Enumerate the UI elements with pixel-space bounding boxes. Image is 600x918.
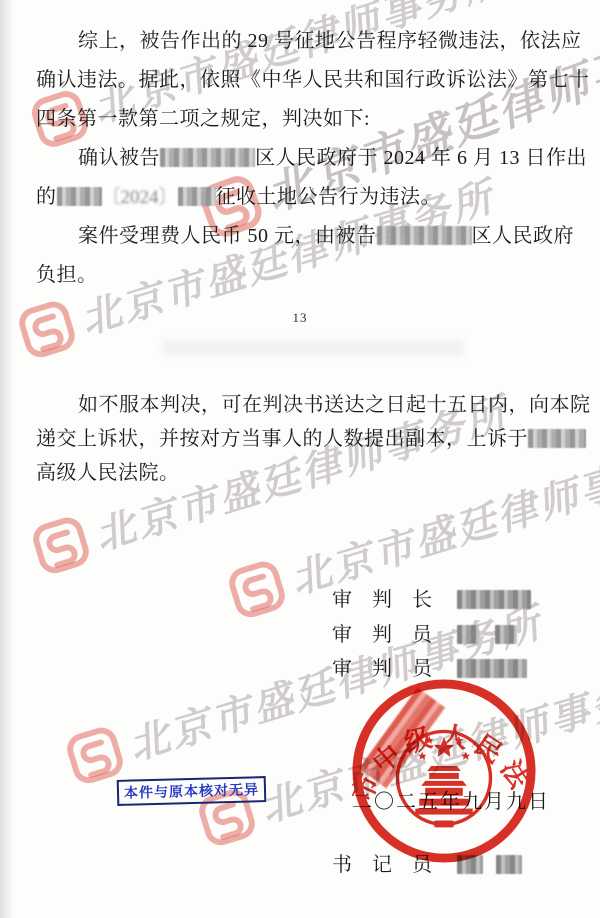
scanned-judgment-page: { "doc": { "body": { "para1": { "l1": "综…: [0, 0, 600, 918]
ruling-text: 确认被告: [78, 147, 160, 169]
scan-edge-shadow: [0, 0, 14, 918]
judge-name: [457, 624, 517, 646]
scan-smudge: [162, 340, 464, 355]
shengting-logo-icon: [62, 722, 127, 787]
redacted-defendant-name: [160, 148, 255, 167]
appeal-line: 如不服本判决，可在判决书送达之日起十五日内，向本院: [36, 388, 570, 422]
judgment-line: 综上，被告作出的 29 号征地公告程序轻微违法，依法应: [36, 22, 570, 61]
redacted-doc-number: [57, 187, 102, 206]
verification-stamp: 本件与原本核对无异: [117, 776, 267, 806]
signature-row-judge: 审 判 员: [332, 618, 517, 647]
fee-text: 案件受理费人民币 50 元，由被告: [78, 225, 377, 247]
role-label: 审 判 长: [332, 583, 432, 612]
redacted-judge-name: [457, 625, 479, 644]
court-fee-line: 案件受理费人民币 50 元，由被告区人民政府: [36, 217, 570, 256]
redacted-province-name: [528, 429, 586, 448]
blurred-year-fragment: 〔2024〕: [102, 187, 178, 208]
redacted-judge-name: [495, 625, 517, 644]
ruling-line: 的〔2024〕征收土地公告行为违法。: [36, 178, 570, 217]
appeal-line: 高级人民法院。: [36, 456, 570, 490]
signature-row-presiding-judge: 审 判 长: [332, 583, 531, 612]
ruling-text: 征收土地公告行为违法。: [216, 186, 442, 208]
shengting-logo-icon: [224, 556, 289, 621]
judge-name: [457, 589, 531, 611]
ruling-line: 确认被告区人民政府于 2024 年 6 月 13 日作出: [36, 139, 570, 178]
appeal-text: 递交上诉状，并按对方当事人的人数提出副本，上诉于: [36, 428, 528, 450]
judgment-line: 确认违法。据此，依照《中华人民共和国行政诉讼法》第七十: [36, 61, 570, 100]
appeal-notice: 如不服本判决，可在判决书送达之日起十五日内，向本院 递交上诉状，并按对方当事人的…: [36, 388, 570, 490]
court-fee-line: 负担。: [36, 256, 570, 295]
appeal-line: 递交上诉状，并按对方当事人的人数提出副本，上诉于: [36, 422, 570, 456]
ruling-text: 区人民政府于 2024 年 6 月 13 日作出: [255, 147, 587, 169]
shengting-logo-icon: [28, 512, 93, 577]
page-number: 13: [0, 310, 600, 326]
redacted-judge-name: [457, 590, 531, 609]
judgment-line: 四条第一款第二项之规定，判决如下:: [36, 100, 570, 139]
role-label: 审 判 员: [332, 618, 432, 647]
judgment-body: 综上，被告作出的 29 号征地公告程序轻微违法，依法应 确认违法。据此，依照《中…: [36, 22, 570, 295]
ruling-text: 的: [36, 186, 57, 208]
fee-text: 区人民政府: [472, 225, 575, 247]
redacted-judge-name: [457, 659, 527, 678]
redacted-doc-number: [178, 187, 216, 206]
redacted-defendant-name: [377, 226, 472, 245]
shengting-logo-icon: [14, 296, 79, 361]
